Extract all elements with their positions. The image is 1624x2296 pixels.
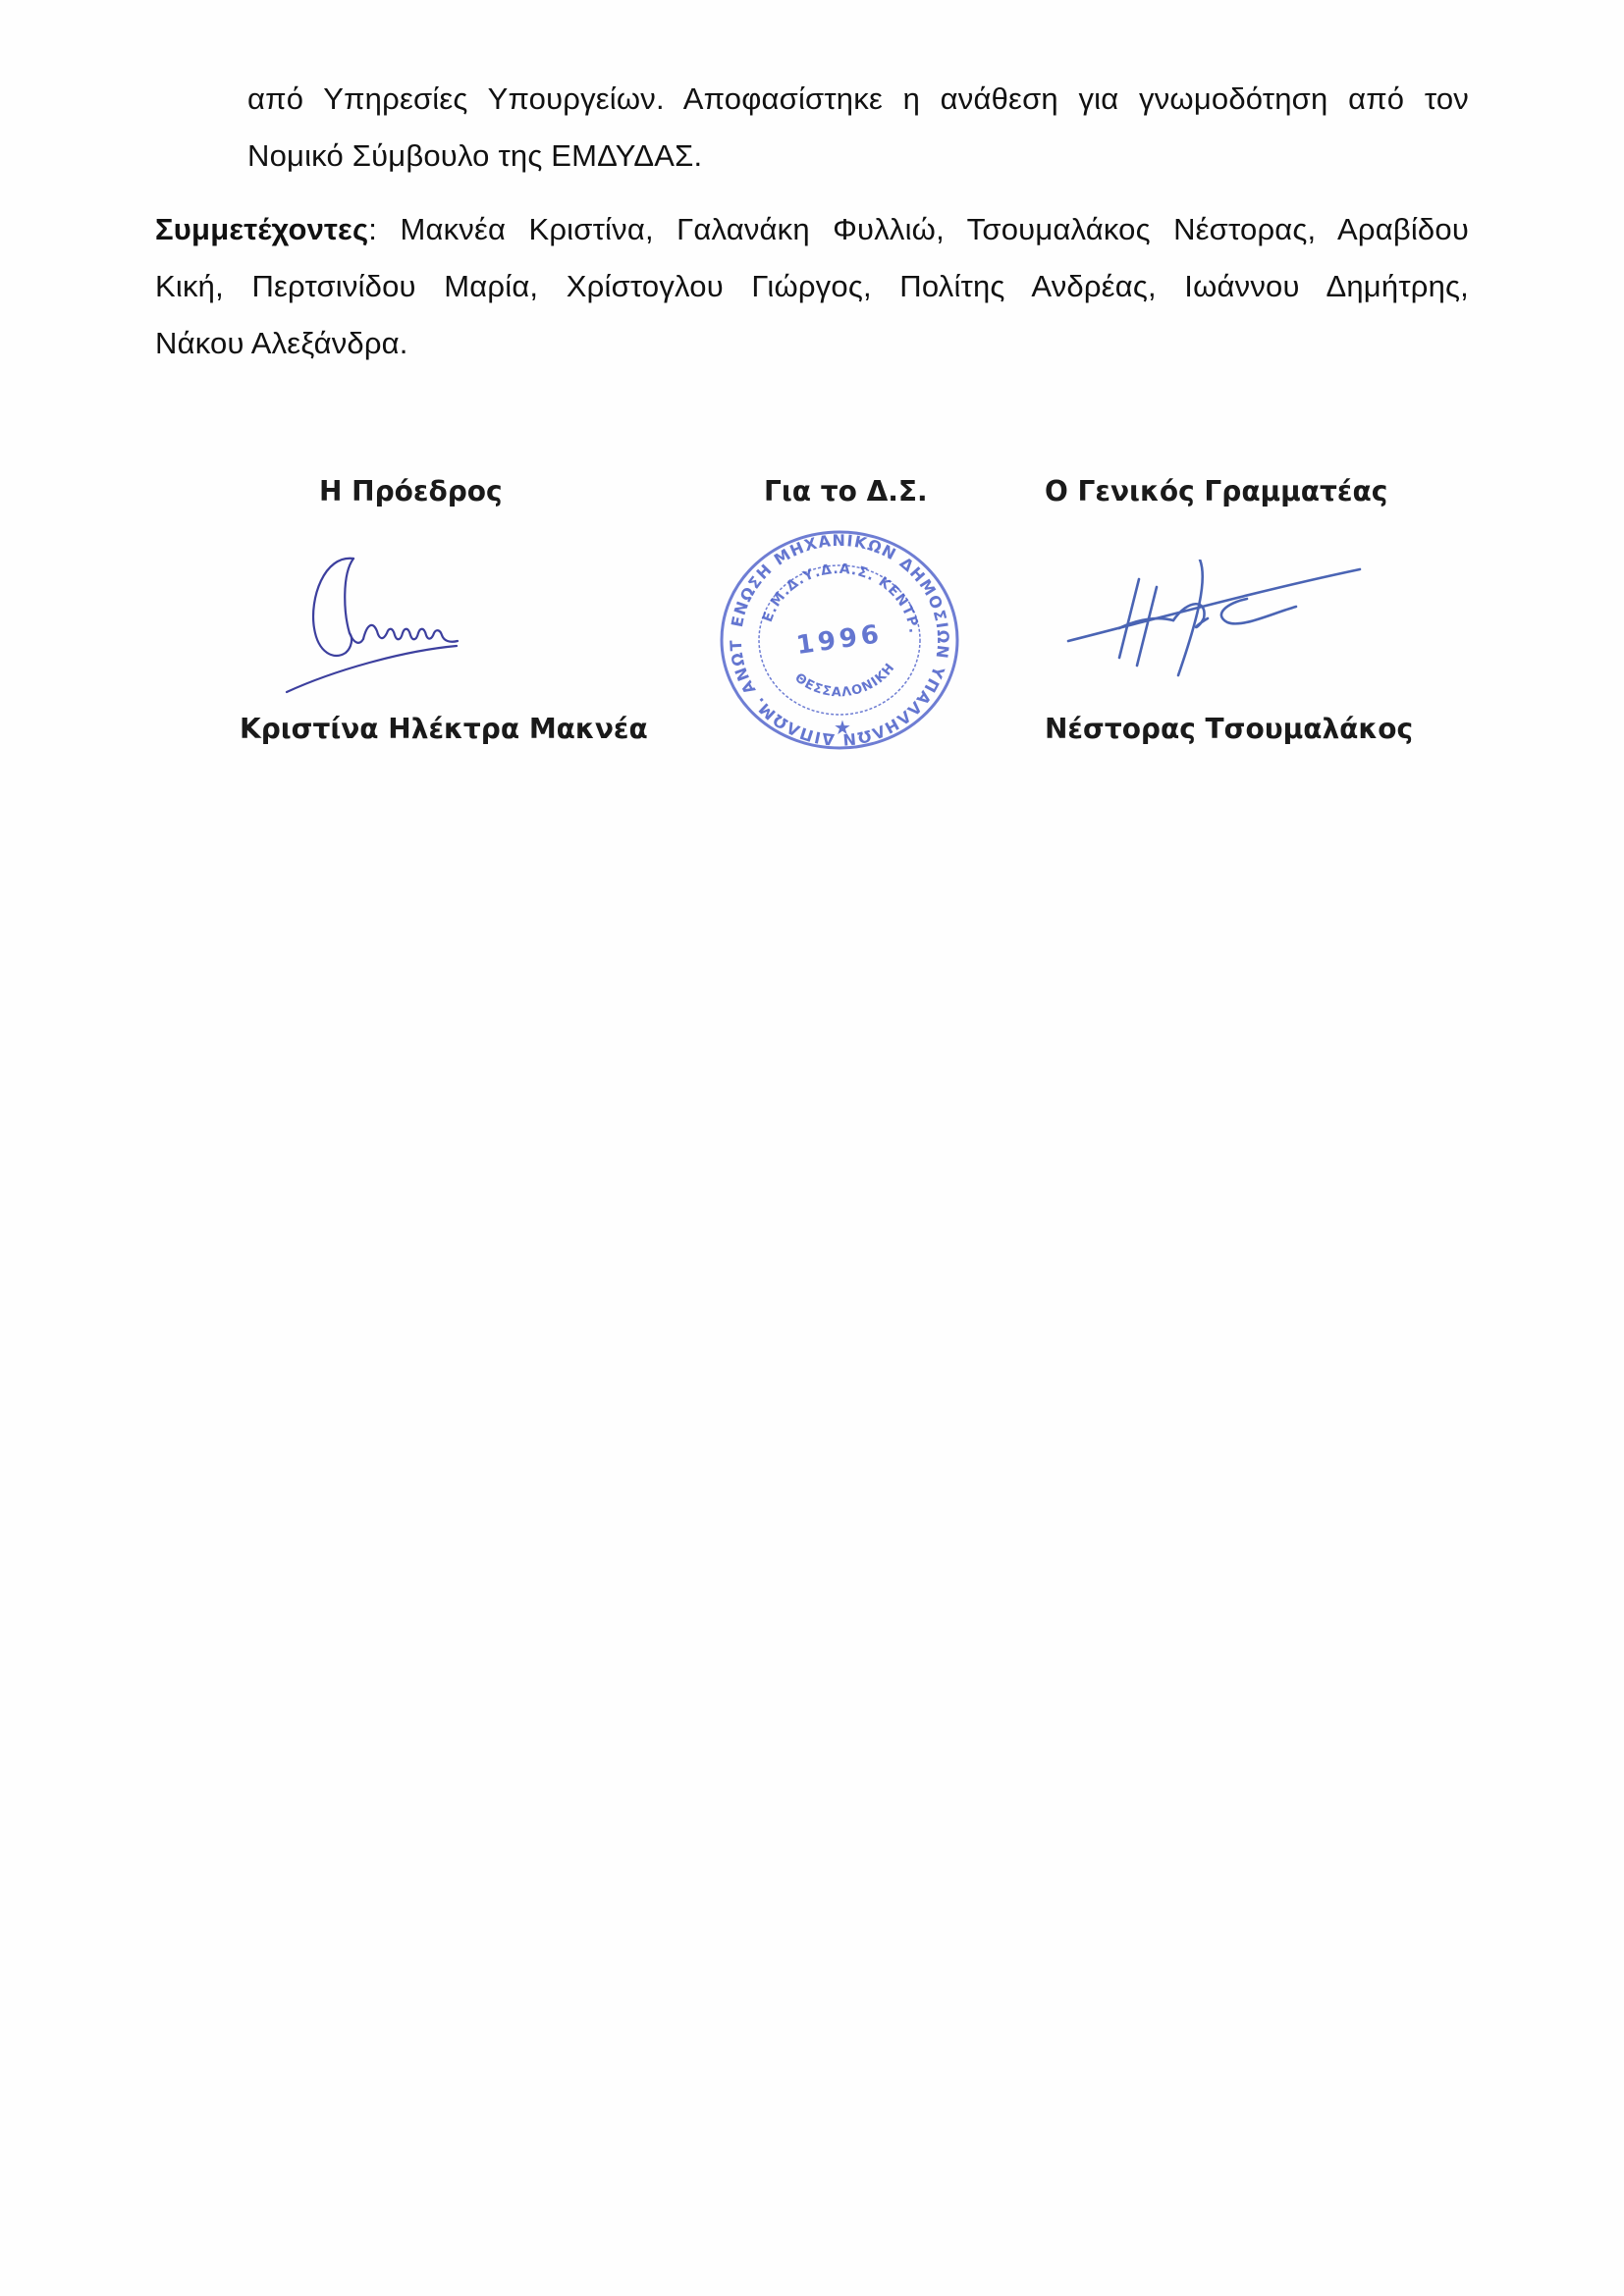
participants-paragraph: Συμμετέχοντες: Μακνέα Κριστίνα, Γαλανάκη…: [155, 201, 1469, 372]
participants-line: Νάκου Αλεξάνδρα.: [155, 315, 1469, 372]
board-title: Για το Δ.Σ.: [764, 475, 928, 507]
organization-stamp: ΕΝΩΣΗ ΜΗΧΑΝΙΚΩΝ ΔΗΜΟΣΙΩΝ ΥΠΑΛΛΗΛΩΝ ΔΙΠΛΩ…: [717, 528, 962, 752]
stamp-seal-icon: ΕΝΩΣΗ ΜΗΧΑΝΙΚΩΝ ΔΗΜΟΣΙΩΝ ΥΠΑΛΛΗΛΩΝ ΔΙΠΛΩ…: [717, 528, 962, 752]
secretary-name: Νέστορας Τσουμαλάκος: [1045, 713, 1413, 745]
stamp-star-icon: ★: [834, 716, 851, 739]
handwritten-signature-icon: [1060, 560, 1365, 677]
president-signature: [285, 545, 520, 702]
stamp-year: 1996: [794, 619, 885, 661]
stamp-city: ΘΕΣΣΑΛΟΝΙΚΗ: [792, 661, 898, 701]
paragraph-line: Νομικό Σύμβουλο της ΕΜΔΥΔΑΣ.: [247, 128, 1469, 185]
participants-line: Συμμετέχοντες: Μακνέα Κριστίνα, Γαλανάκη…: [155, 201, 1469, 258]
paragraph-line: από Υπηρεσίες Υπουργείων. Αποφασίστηκε η…: [247, 71, 1469, 128]
secretary-signature: [1060, 560, 1365, 677]
president-name: Κριστίνα Ηλέκτρα Μακνέα: [240, 713, 648, 745]
handwritten-signature-icon: [285, 545, 520, 702]
participants-label: Συμμετέχοντες: [155, 212, 368, 246]
participants-line: Κική, Περτσινίδου Μαρία, Χρίστογλου Γιώρ…: [155, 258, 1469, 315]
participants-separator: :: [368, 212, 377, 246]
participants-names-1: Μακνέα Κριστίνα, Γαλανάκη Φυλλιώ, Τσουμα…: [377, 212, 1469, 246]
continuation-paragraph: από Υπηρεσίες Υπουργείων. Αποφασίστηκε η…: [247, 71, 1469, 185]
secretary-title: Ο Γενικός Γραμματέας: [1045, 475, 1387, 507]
president-title: Η Πρόεδρος: [319, 475, 503, 507]
